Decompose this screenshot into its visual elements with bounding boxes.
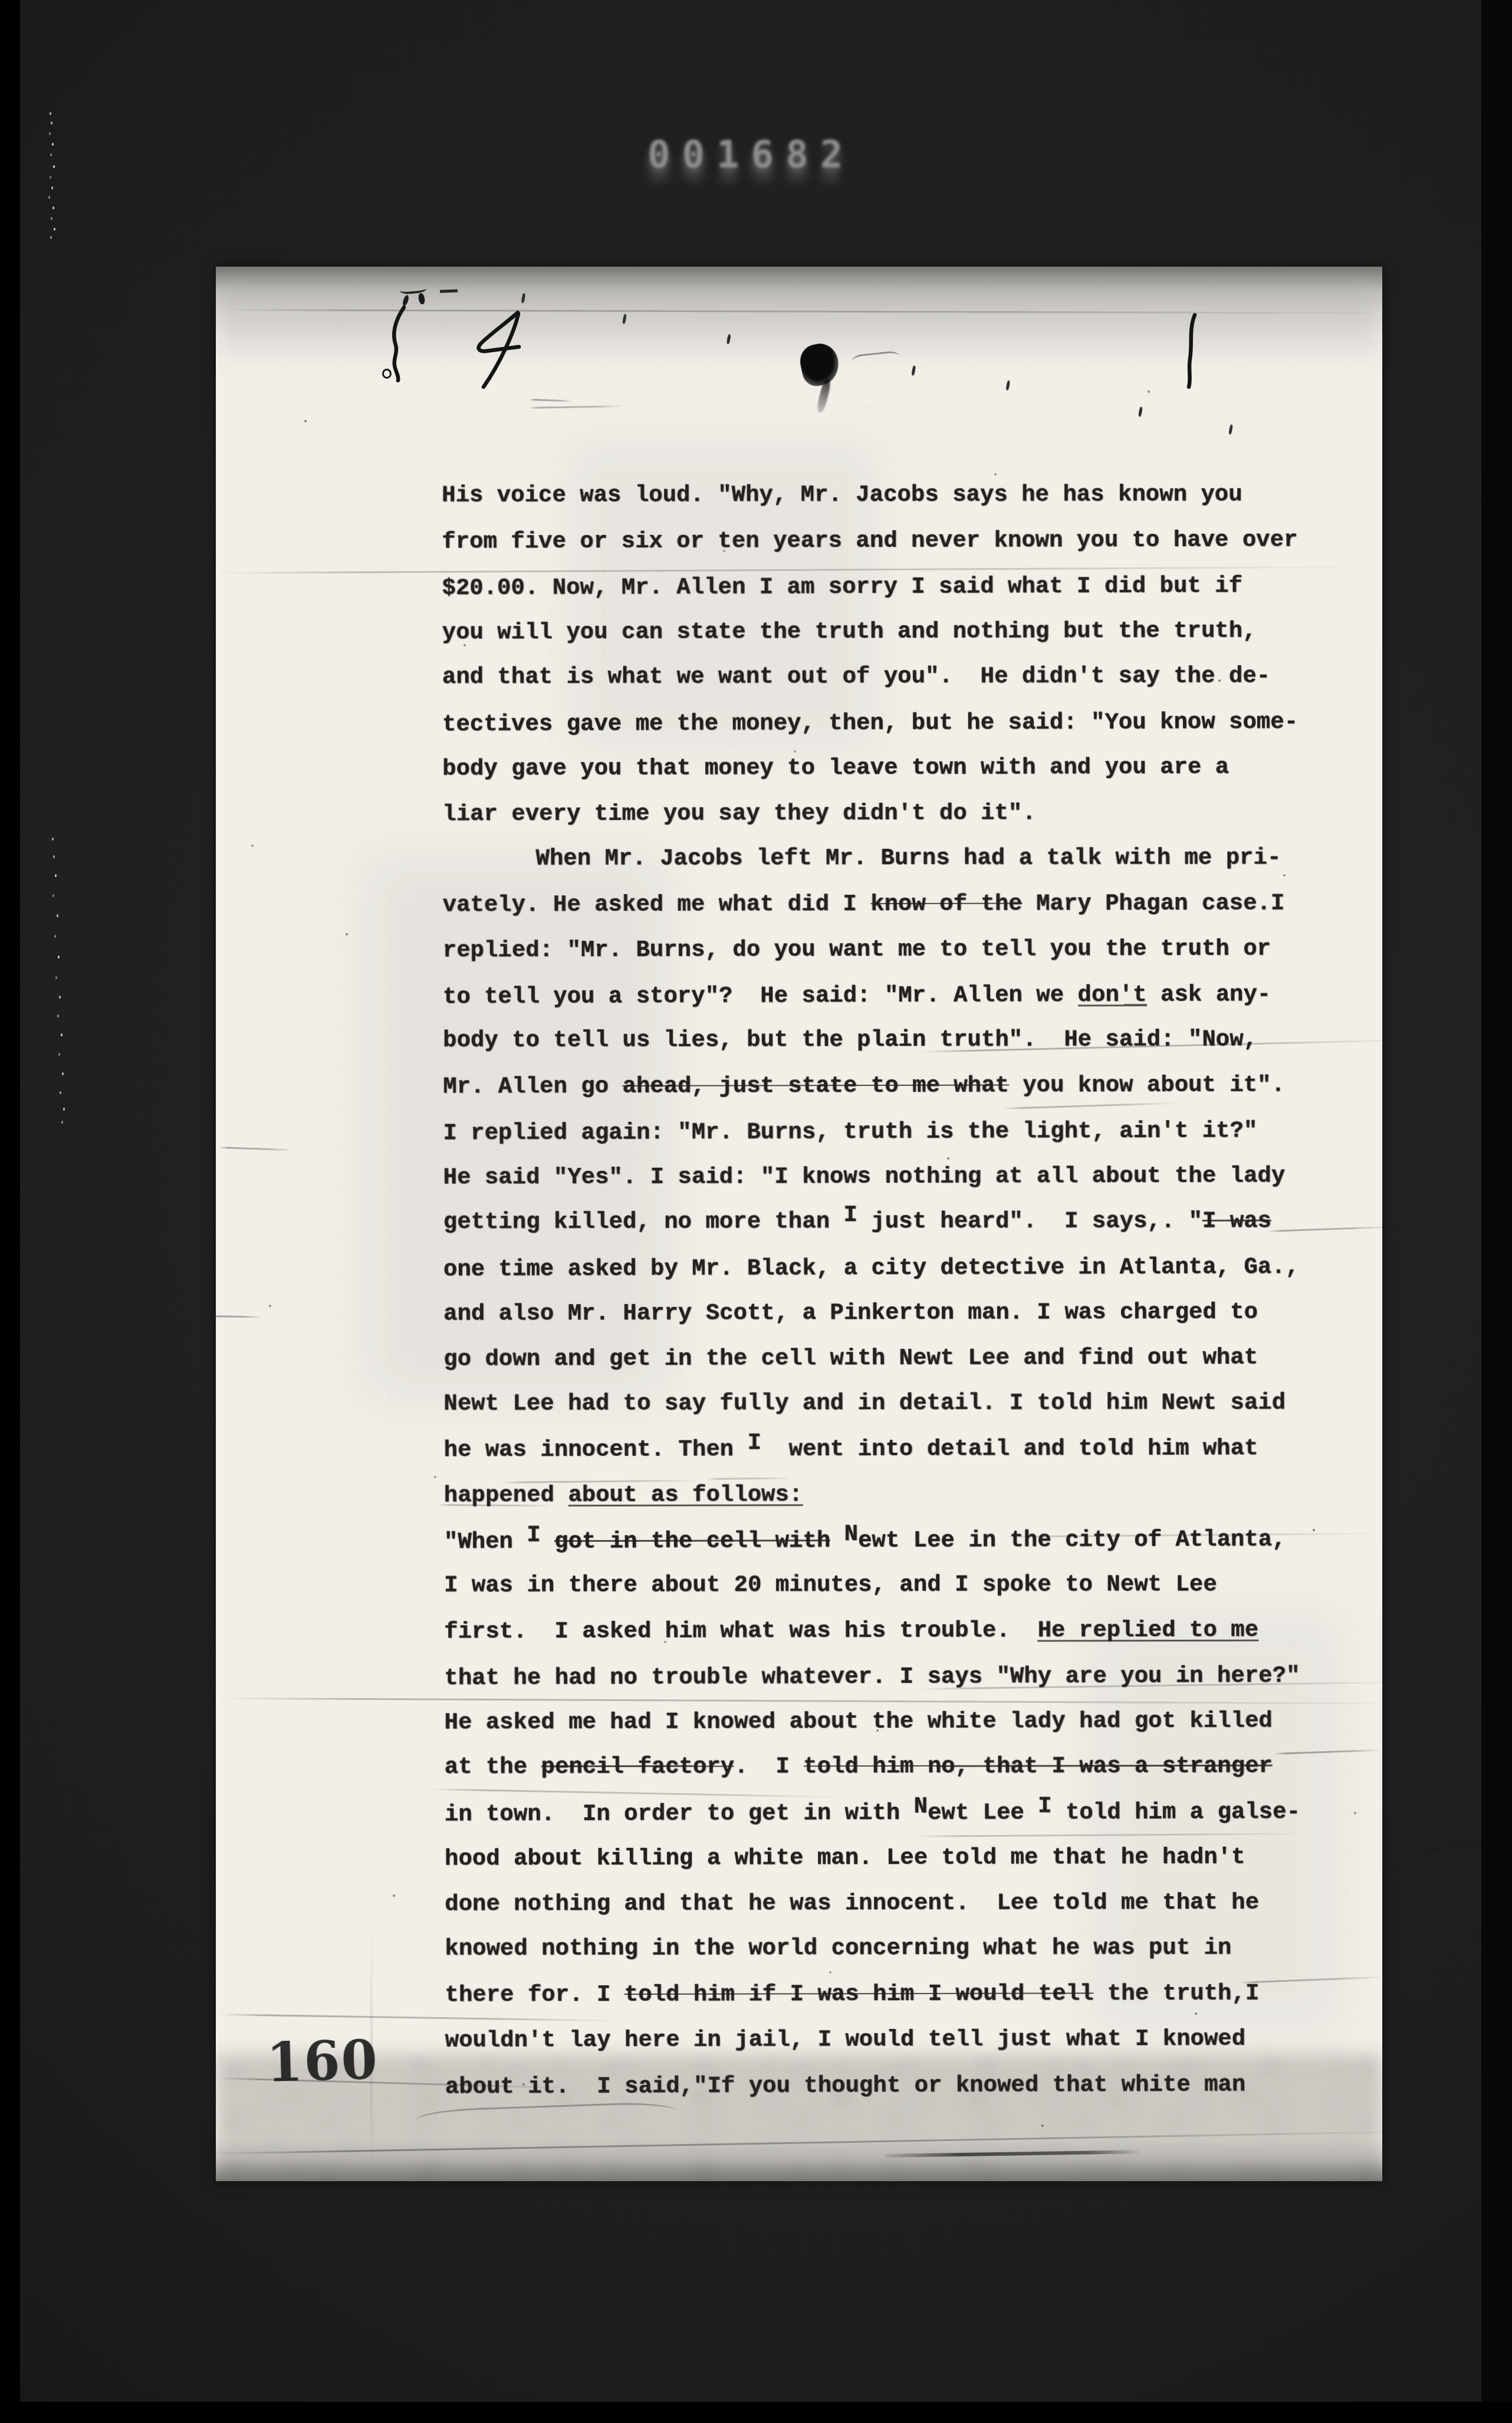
typewritten-line: body to tell us lies, but the plain trut…: [443, 1017, 1345, 1063]
typewritten-line: there for. I told him if I was him I wou…: [445, 1971, 1347, 2018]
typewritten-line: at the pencil factory. I told him no, th…: [445, 1744, 1347, 1790]
typewritten-line: Mr. Allen go ahead, just state to me wha…: [443, 1062, 1345, 1109]
typewritten-line: happened about as follows:: [444, 1471, 1346, 1518]
film-edge-left: [0, 0, 20, 2423]
handwritten-paren-stroke: [386, 304, 416, 383]
film-scratch-streak-middle: [52, 838, 54, 841]
typewritten-line: you will you can state the truth and not…: [442, 608, 1345, 655]
typewritten-line: Newt Lee had to say fully and in detail.…: [443, 1380, 1346, 1427]
typewritten-line: body gave you that money to leave town w…: [442, 744, 1345, 792]
microfilm-frame: 001682 His voice was loud. "Why, Mr. Jac…: [0, 0, 1512, 2423]
typewritten-line: wouldn't lay here in jail, I would tell …: [445, 2016, 1347, 2063]
typewritten-line: liar every time you say they didn't do i…: [442, 790, 1345, 837]
typewritten-line: "When I got in the cell with Newt Lee in…: [444, 1517, 1346, 1565]
typewritten-line: about it. I said,"If you thought or know…: [445, 2062, 1347, 2110]
typewritten-line: he was innocent. Then I went into detail…: [443, 1426, 1346, 1473]
typewritten-line: I was in there about 20 minutes, and I s…: [444, 1562, 1346, 1608]
typewritten-line: tectives gave me the money, then, but he…: [442, 700, 1345, 748]
typewritten-line: done nothing and that he was innocent. L…: [445, 1880, 1347, 1927]
typewritten-line: replied: "Mr. Burns, do you want me to t…: [443, 926, 1345, 973]
document-page: His voice was loud. "Why, Mr. Jacobs say…: [216, 267, 1382, 2181]
pen-dash-mark: [440, 289, 458, 293]
typewritten-line: He asked me had I knowed about the white…: [444, 1698, 1346, 1745]
typewritten-line: and that is what we want out of you". He…: [442, 654, 1345, 700]
typewritten-line: first. I asked him what was his trouble.…: [444, 1607, 1346, 1654]
film-edge-bottom: [0, 2402, 1512, 2423]
typewritten-line: His voice was loud. "Why, Mr. Jacobs say…: [442, 472, 1344, 518]
typewritten-line: hood about killing a white man. Lee told…: [445, 1834, 1347, 1882]
film-edge-right: [1481, 0, 1512, 2423]
typewritten-line: I replied again: "Mr. Burns, truth is th…: [443, 1108, 1345, 1157]
handwritten-mark-4: [472, 306, 528, 391]
film-scratch-streak-top: [50, 112, 51, 115]
typewritten-line: in town. In order to get in with Newt Le…: [445, 1790, 1347, 1838]
typewritten-line: that he had no trouble whatever. I says …: [444, 1653, 1346, 1702]
typewritten-line: to tell you a story"? He said: "Mr. Alle…: [443, 972, 1345, 1020]
typewritten-line: go down and get in the cell with Newt Le…: [443, 1335, 1346, 1382]
typewritten-line: getting killed, no more than I just hear…: [443, 1199, 1346, 1245]
frame-counter-stamp: 001682: [647, 133, 854, 177]
typewritten-line: When Mr. Jacobs left Mr. Burns had a tal…: [442, 835, 1345, 882]
typewritten-line: and also Mr. Harry Scott, a Pinkerton ma…: [443, 1289, 1346, 1337]
vertical-crease: [370, 1924, 373, 2178]
page-number-stamp: 160: [266, 2027, 379, 2094]
handwritten-vertical-stroke: [1182, 311, 1205, 391]
typewritten-line: He said "Yes". I said: "I knows nothing …: [443, 1153, 1346, 1200]
typewritten-line: vately. He asked me what did I know of t…: [443, 881, 1345, 928]
typewritten-line: one time asked by Mr. Black, a city dete…: [443, 1245, 1346, 1293]
typewritten-text: His voice was loud. "Why, Mr. Jacobs say…: [442, 472, 1347, 2109]
typewritten-line: knowed nothing in the world concerning w…: [445, 1925, 1347, 1972]
typewritten-line: from five or six or ten years and never …: [442, 517, 1344, 564]
